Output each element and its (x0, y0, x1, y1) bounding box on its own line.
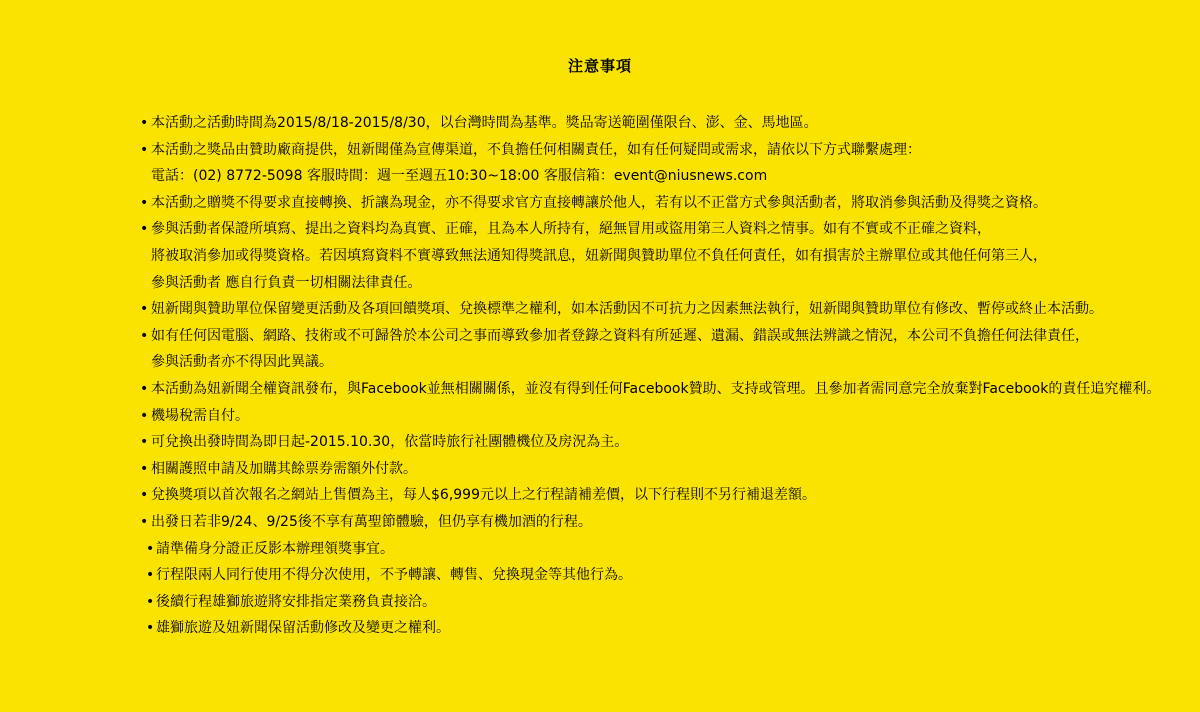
list-item: 如有任何因電腦、網路、技術或不可歸咎於本公司之事而導致參加者登錄之資料有所延遲、… (151, 323, 1170, 376)
item-text: 本活動為妞新聞全權資訊發布，與Facebook並無相關關係，並沒有得到任何Fac… (151, 376, 1170, 403)
item-continuation: 參與活動者 應自行負責一切相關法律責任。 (151, 270, 1170, 297)
notes-list: 本活動之活動時間為2015/8/18-2015/8/30，以台灣時間為基準。獎品… (151, 110, 1170, 642)
item-text: 參與活動者保證所填寫、提出之資料均為真實、正確，且為本人所持有，絕無冒用或盜用第… (151, 216, 1170, 243)
list-item: 本活動之活動時間為2015/8/18-2015/8/30，以台灣時間為基準。獎品… (151, 110, 1170, 137)
item-text: 本活動之獎品由贊助廠商提供，妞新聞僅為宣傳渠道，不負擔任何相關責任，如有任何疑問… (151, 137, 1170, 164)
item-text: 妞新聞與贊助單位保留變更活動及各項回饋獎項、兌換標準之權利，如本活動因不可抗力之… (151, 296, 1170, 323)
item-continuation: 電話：(02) 8772-5098 客服時間：週一至週五10:30~18:00 … (151, 163, 1170, 190)
list-item: 雄獅旅遊及妞新聞保留活動修改及變更之權利。 (151, 615, 1170, 642)
item-text: 如有任何因電腦、網路、技術或不可歸咎於本公司之事而導致參加者登錄之資料有所延遲、… (151, 323, 1170, 350)
list-item: 出發日若非9/24、9/25後不享有萬聖節體驗，但仍享有機加酒的行程。 (151, 509, 1170, 536)
list-item: 本活動之獎品由贊助廠商提供，妞新聞僅為宣傳渠道，不負擔任何相關責任，如有任何疑問… (151, 137, 1170, 190)
item-continuation: 參與活動者亦不得因此異議。 (151, 349, 1170, 376)
item-continuation: 將被取消參加或得獎資格。若因填寫資料不實導致無法通知得獎訊息，妞新聞與贊助單位不… (151, 243, 1170, 270)
list-item: 後續行程雄獅旅遊將安排指定業務負責接洽。 (151, 589, 1170, 616)
list-item: 妞新聞與贊助單位保留變更活動及各項回饋獎項、兌換標準之權利，如本活動因不可抗力之… (151, 296, 1170, 323)
list-item: 機場稅需自付。 (151, 403, 1170, 430)
item-text: 請準備身分證正反影本辦理領獎事宜。 (151, 536, 1170, 563)
list-item: 兌換獎項以首次報名之網站上售價為主，每人$6,999元以上之行程請補差價，以下行… (151, 482, 1170, 509)
item-text: 兌換獎項以首次報名之網站上售價為主，每人$6,999元以上之行程請補差價，以下行… (151, 482, 1170, 509)
list-item: 請準備身分證正反影本辦理領獎事宜。 (151, 536, 1170, 563)
list-item: 本活動之贈獎不得要求直接轉換、折讓為現金，亦不得要求官方直接轉讓於他人，若有以不… (151, 190, 1170, 217)
list-item: 行程限兩人同行使用不得分次使用，不予轉讓、轉售、兌換現金等其他行為。 (151, 562, 1170, 589)
page-title: 注意事項 (0, 55, 1200, 76)
item-text: 後續行程雄獅旅遊將安排指定業務負責接洽。 (151, 589, 1170, 616)
item-text: 可兌換出發時間為即日起-2015.10.30，依當時旅行社團體機位及房況為主。 (151, 429, 1170, 456)
item-text: 相關護照申請及加購其餘票券需額外付款。 (151, 456, 1170, 483)
item-text: 本活動之贈獎不得要求直接轉換、折讓為現金，亦不得要求官方直接轉讓於他人，若有以不… (151, 190, 1170, 217)
list-item: 可兌換出發時間為即日起-2015.10.30，依當時旅行社團體機位及房況為主。 (151, 429, 1170, 456)
list-item: 本活動為妞新聞全權資訊發布，與Facebook並無相關關係，並沒有得到任何Fac… (151, 376, 1170, 403)
list-item: 參與活動者保證所填寫、提出之資料均為真實、正確，且為本人所持有，絕無冒用或盜用第… (151, 216, 1170, 296)
item-text: 行程限兩人同行使用不得分次使用，不予轉讓、轉售、兌換現金等其他行為。 (151, 562, 1170, 589)
item-text: 雄獅旅遊及妞新聞保留活動修改及變更之權利。 (151, 615, 1170, 642)
notice-page: 注意事項 本活動之活動時間為2015/8/18-2015/8/30，以台灣時間為… (0, 0, 1200, 712)
item-text: 本活動之活動時間為2015/8/18-2015/8/30，以台灣時間為基準。獎品… (151, 110, 1170, 137)
item-text: 機場稅需自付。 (151, 403, 1170, 430)
list-item: 相關護照申請及加購其餘票券需額外付款。 (151, 456, 1170, 483)
item-text: 出發日若非9/24、9/25後不享有萬聖節體驗，但仍享有機加酒的行程。 (151, 509, 1170, 536)
